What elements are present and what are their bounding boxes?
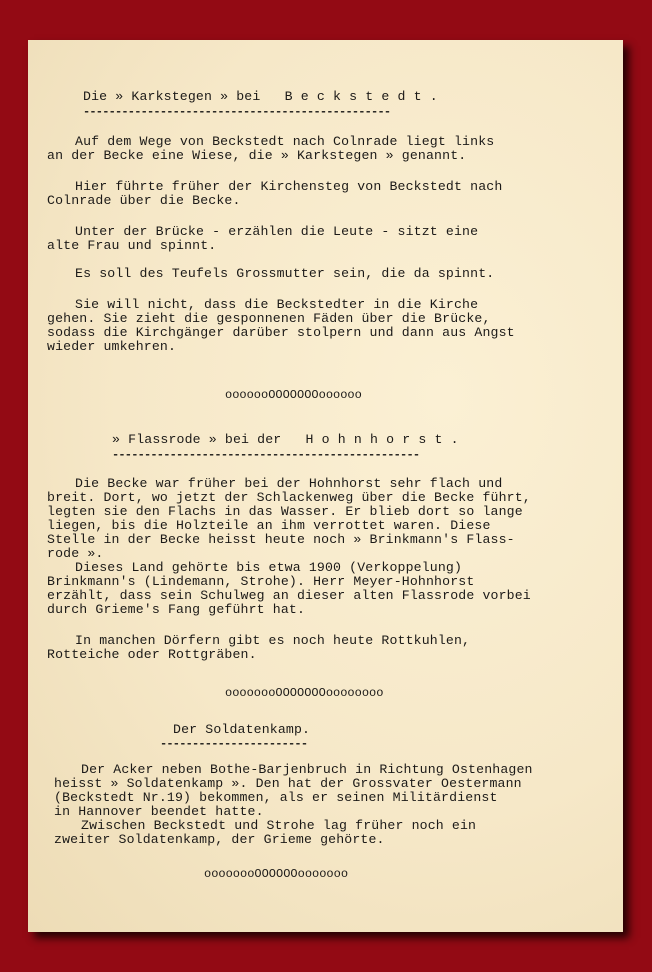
title-underline: ----------------------------------------… [83,108,390,116]
text-line: erzählt, dass sein Schulweg an dieser al… [47,589,531,603]
text-line: rode ». [47,547,103,561]
text-line: Der Acker neben Bothe-Barjenbruch in Ric… [81,763,533,777]
text-line: wieder umkehren. [47,340,176,354]
text-line: zweiter Soldatenkamp, der Grieme gehörte… [54,833,385,847]
text-line: sodass die Kirchgänger darüber stolpern … [47,326,515,340]
text-line: Sie will nicht, dass die Beckstedter in … [75,298,478,312]
separator-ornament: oooooooOOOOOOOoooooooo [225,687,383,699]
typewritten-page: Die » Karkstegen » bei B e c k s t e d t… [28,40,623,932]
text-line: Unter der Brücke - erzählen die Leute - … [75,225,478,239]
text-line: Rotteiche oder Rottgräben. [47,648,257,662]
text-line: heisst » Soldatenkamp ». Den hat der Gro… [54,777,522,791]
text-line: in Hannover beendet hatte. [54,805,264,819]
text-line: legten sie den Flachs in das Wasser. Er … [47,505,523,519]
text-line: Dieses Land gehörte bis etwa 1900 (Verko… [75,561,462,575]
section-title-karkstegen: Die » Karkstegen » bei B e c k s t e d t… [83,90,438,104]
text-line: Zwischen Beckstedt und Strohe lag früher… [81,819,476,833]
text-line: Auf dem Wege von Beckstedt nach Colnrade… [75,135,494,149]
text-line: Colnrade über die Becke. [47,194,241,208]
text-line: an der Becke eine Wiese, die » Karkstege… [47,149,466,163]
text-line: liegen, bis die Holzteile an ihm verrott… [47,519,491,533]
text-line: Brinkmann's (Lindemann, Strohe). Herr Me… [47,575,474,589]
text-line: In manchen Dörfern gibt es noch heute Ro… [75,634,470,648]
title-underline: ----------------------- [160,740,307,748]
title-underline: ----------------------------------------… [112,451,419,459]
separator-ornament: oooooooOOOOOOooooooo [204,868,348,880]
text-line: breit. Dort, wo jetzt der Schlackenweg ü… [47,491,531,505]
text-line: Stelle in der Becke heisst heute noch » … [47,533,515,547]
text-line: alte Frau und spinnt. [47,239,216,253]
text-line: gehen. Sie zieht die gesponnenen Fäden ü… [47,312,491,326]
section-title-soldatenkamp: Der Soldatenkamp. [173,723,310,737]
text-line: (Beckstedt Nr.19) bekommen, als er seine… [54,791,498,805]
text-line: Hier führte früher der Kirchensteg von B… [75,180,502,194]
text-line: Die Becke war früher bei der Hohnhorst s… [75,477,502,491]
section-title-flassrode: » Flassrode » bei der H o h n h o r s t … [112,433,459,447]
text-line: Es soll des Teufels Grossmutter sein, di… [75,267,494,281]
text-line: durch Grieme's Fang geführt hat. [47,603,305,617]
separator-ornament: ooooooOOOOOOOoooooo [225,389,362,401]
